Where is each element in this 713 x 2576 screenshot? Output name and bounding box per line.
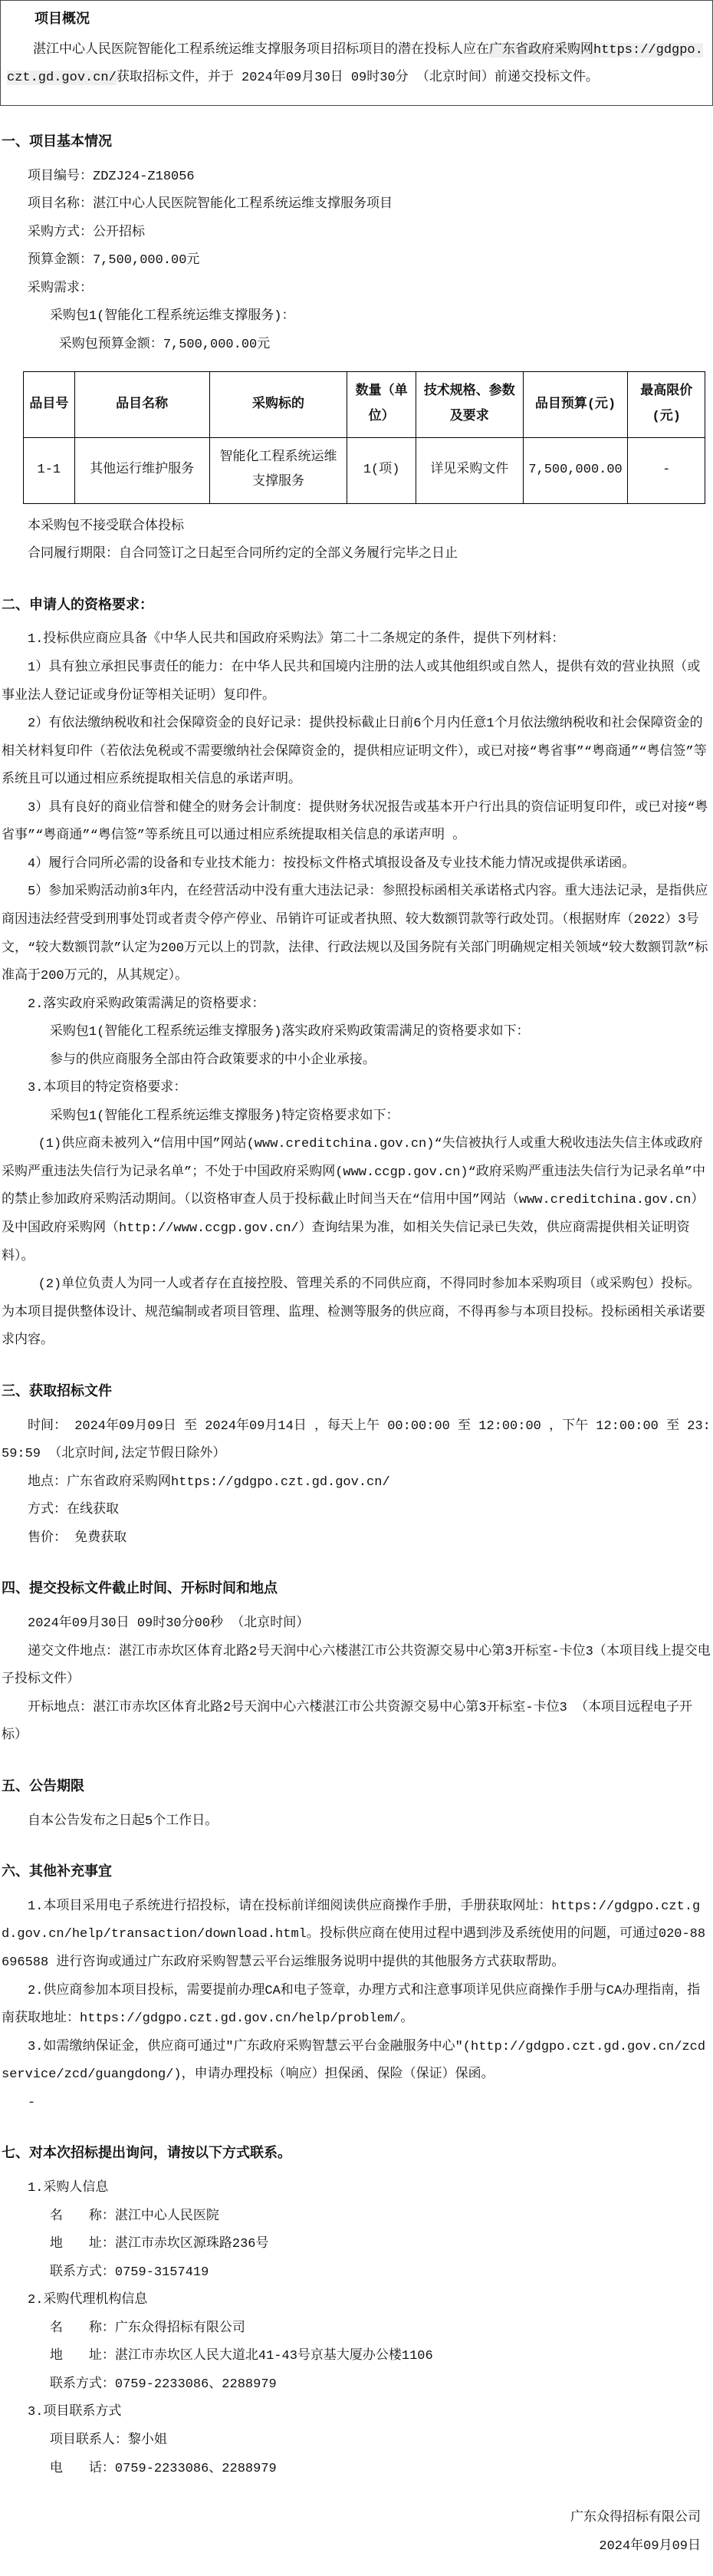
cell-item-name: 其他运行维护服务 (74, 438, 209, 504)
signature-date: 2024年09月09日 (0, 2533, 701, 2561)
tender-announcement-document: 项目概况 湛江中心人民医院智能化工程系统运维支撑服务项目招标项目的潜在投标人应在… (0, 0, 713, 2576)
agency-name-line: 名 称：广东众得招标有限公司 (0, 2315, 713, 2344)
document-price-line: 售价： 免费获取 (0, 1525, 713, 1553)
table-header-subject: 采购标的 (209, 372, 347, 438)
cell-spec: 详见采购文件 (416, 438, 524, 504)
table-header-item-budget: 品目预算(元) (523, 372, 628, 438)
table-header-max-price: 最高限价(元) (628, 372, 705, 438)
section5-heading: 五、公告期限 (0, 1777, 713, 1799)
project-overview-box: 项目概况 湛江中心人民医院智能化工程系统运维支撑服务项目招标项目的潜在投标人应在… (0, 0, 713, 106)
open-place-line: 开标地点：湛江市赤坎区体育北路2号天润中心六楼湛江市公共资源交易中心第3开标室-… (0, 1695, 713, 1751)
dash-line: - (0, 2090, 713, 2118)
section3-heading: 三、获取招标文件 (0, 1382, 713, 1404)
table-header-quantity: 数量（单位） (347, 372, 416, 438)
items-table: 品目号 品目名称 采购标的 数量（单位） 技术规格、参数及要求 品目预算(元) … (23, 371, 705, 503)
section7-heading: 七、对本次招标提出询问，请按以下方式联系。 (0, 2143, 713, 2166)
signature-company: 广东众得招标有限公司 (0, 2505, 701, 2533)
cell-subject: 智能化工程系统运维支撑服务 (209, 438, 347, 504)
document-way-line: 方式：在线获取 (0, 1497, 713, 1525)
overview-text-before: 湛江中心人民医院智能化工程系统运维支撑服务项目招标项目的潜在投标人应在 (33, 43, 489, 58)
qualification-paragraph: 2）有依法缴纳税收和社会保障资金的良好记录：提供投标截止日前6个月内任意1个月依… (0, 710, 713, 795)
qualification-paragraph: 1）具有独立承担民事责任的能力：在中华人民共和国境内注册的法人或其他组织或自然人… (0, 654, 713, 710)
package-budget-line: 采购包预算金额：7,500,000.00元 (0, 331, 713, 360)
table-header-spec: 技术规格、参数及要求 (416, 372, 524, 438)
table-row: 1-1 其他运行维护服务 智能化工程系统运维支撑服务 1(项) 详见采购文件 7… (24, 438, 705, 504)
qualification-paragraph: 参与的供应商服务全部由符合政策要求的中小企业承接。 (0, 1047, 713, 1076)
qualification-paragraph: (1)供应商未被列入“信用中国”网站(www.creditchina.gov.c… (0, 1131, 713, 1271)
section6-heading: 六、其他补充事宜 (0, 1862, 713, 1884)
procurement-demand-label: 采购需求： (0, 275, 713, 304)
qualification-paragraph: 3）具有良好的商业信誉和健全的财务会计制度：提供财务状况报告或基本开户行出具的资… (0, 795, 713, 851)
supplement-paragraph: 2.供应商参加本项目投标，需要提前办理CA和电子签章，办理方式和注意事项详见供应… (0, 1978, 713, 2034)
section4-heading: 四、提交投标文件截止时间、开标时间和地点 (0, 1579, 713, 1601)
contract-period-note: 合同履行期限：自合同签订之日起至合同所约定的全部义务履行完毕之日止 (0, 541, 713, 569)
buyer-info-title: 1.采购人信息 (0, 2175, 713, 2203)
package-line: 采购包1(智能化工程系统运维支撑服务)： (0, 303, 713, 331)
submit-place-line: 递交文件地点：湛江市赤坎区体育北路2号天润中心六楼湛江市公共资源交易中心第3开标… (0, 1639, 713, 1695)
cell-quantity: 1(项) (347, 438, 416, 504)
announcement-period-line: 自本公告发布之日起5个工作日。 (0, 1808, 713, 1836)
project-name-line: 项目名称：湛江中心人民医院智能化工程系统运维支撑服务项目 (0, 191, 713, 219)
cell-item-budget: 7,500,000.00 (523, 438, 628, 504)
qualification-paragraph: 1.投标供应商应具备《中华人民共和国政府采购法》第二十二条规定的条件，提供下列材… (0, 626, 713, 654)
document-time-line: 时间： 2024年09月09日 至 2024年09月14日 ，每天上午 00:0… (0, 1413, 713, 1469)
table-header-row: 品目号 品目名称 采购标的 数量（单位） 技术规格、参数及要求 品目预算(元) … (24, 372, 705, 438)
signature-block: 广东众得招标有限公司 2024年09月09日 (0, 2505, 713, 2576)
section1-heading: 一、项目基本情况 (0, 132, 713, 154)
qualification-paragraph: (2)单位负责人为同一人或者存在直接控股、管理关系的不同供应商，不得同时参加本采… (0, 1271, 713, 1356)
project-number-line: 项目编号：ZDZJ24-Z18056 (0, 163, 713, 192)
buyer-address-line: 地 址：湛江市赤坎区源珠路236号 (0, 2231, 713, 2259)
project-overview-title: 项目概况 (7, 5, 706, 35)
cell-item-no: 1-1 (24, 438, 75, 504)
qualification-paragraph: 2.落实政府采购政策需满足的资格要求： (0, 991, 713, 1020)
table-header-item-name: 品目名称 (74, 372, 209, 438)
project-overview-paragraph: 湛江中心人民医院智能化工程系统运维支撑服务项目招标项目的潜在投标人应在广东省政府… (7, 37, 706, 93)
qualification-paragraph: 4）履行合同所必需的设备和专业技术能力：按投标文件格式填报设备及专业技术能力情况… (0, 851, 713, 879)
buyer-contact-line: 联系方式：0759-3157419 (0, 2259, 713, 2288)
budget-amount-line: 预算金额：7,500,000.00元 (0, 247, 713, 275)
overview-text-after: 获取招标文件，并于 2024年09月30日 09时30分 （北京时间）前递交投标… (117, 71, 599, 85)
supplement-paragraph: 3.如需缴纳保证金，供应商可通过"广东政府采购智慧云平台金融服务中心"(http… (0, 2034, 713, 2090)
buyer-name-line: 名 称：湛江中心人民医院 (0, 2203, 713, 2232)
agency-info-title: 2.采购代理机构信息 (0, 2287, 713, 2315)
agency-contact-line: 联系方式：0759-2233086、2288979 (0, 2371, 713, 2400)
agency-address-line: 地 址：湛江市赤坎区人民大道北41-43号京基大厦办公楼1106 (0, 2343, 713, 2371)
supplement-paragraph: 1.本项目采用电子系统进行招投标，请在投标前详细阅读供应商操作手册，手册获取网址… (0, 1893, 713, 1978)
project-contact-person-line: 项目联系人：黎小姐 (0, 2427, 713, 2456)
bid-deadline-line: 2024年09月30日 09时30分00秒 （北京时间） (0, 1610, 713, 1639)
table-header-item-no: 品目号 (24, 372, 75, 438)
document-place-line: 地点：广东省政府采购网https://gdgpo.czt.gd.gov.cn/ (0, 1469, 713, 1497)
section2-heading: 二、申请人的资格要求： (0, 595, 713, 618)
qualification-paragraph: 采购包1(智能化工程系统运维支撑服务)特定资格要求如下： (0, 1103, 713, 1132)
qualification-paragraph: 3.本项目的特定资格要求： (0, 1075, 713, 1103)
qualification-paragraph: 5）参加采购活动前3年内，在经营活动中没有重大违法记录：参照投标函相关承诺格式内… (0, 878, 713, 990)
project-contact-title: 3.项目联系方式 (0, 2399, 713, 2427)
no-consortium-note: 本采购包不接受联合体投标 (0, 513, 713, 542)
procurement-method-line: 采购方式：公开招标 (0, 219, 713, 248)
project-contact-tel-line: 电 话：0759-2233086、2288979 (0, 2456, 713, 2484)
qualification-paragraph: 采购包1(智能化工程系统运维支撑服务)落实政府采购政策需满足的资格要求如下： (0, 1019, 713, 1047)
cell-max-price: - (628, 438, 705, 504)
